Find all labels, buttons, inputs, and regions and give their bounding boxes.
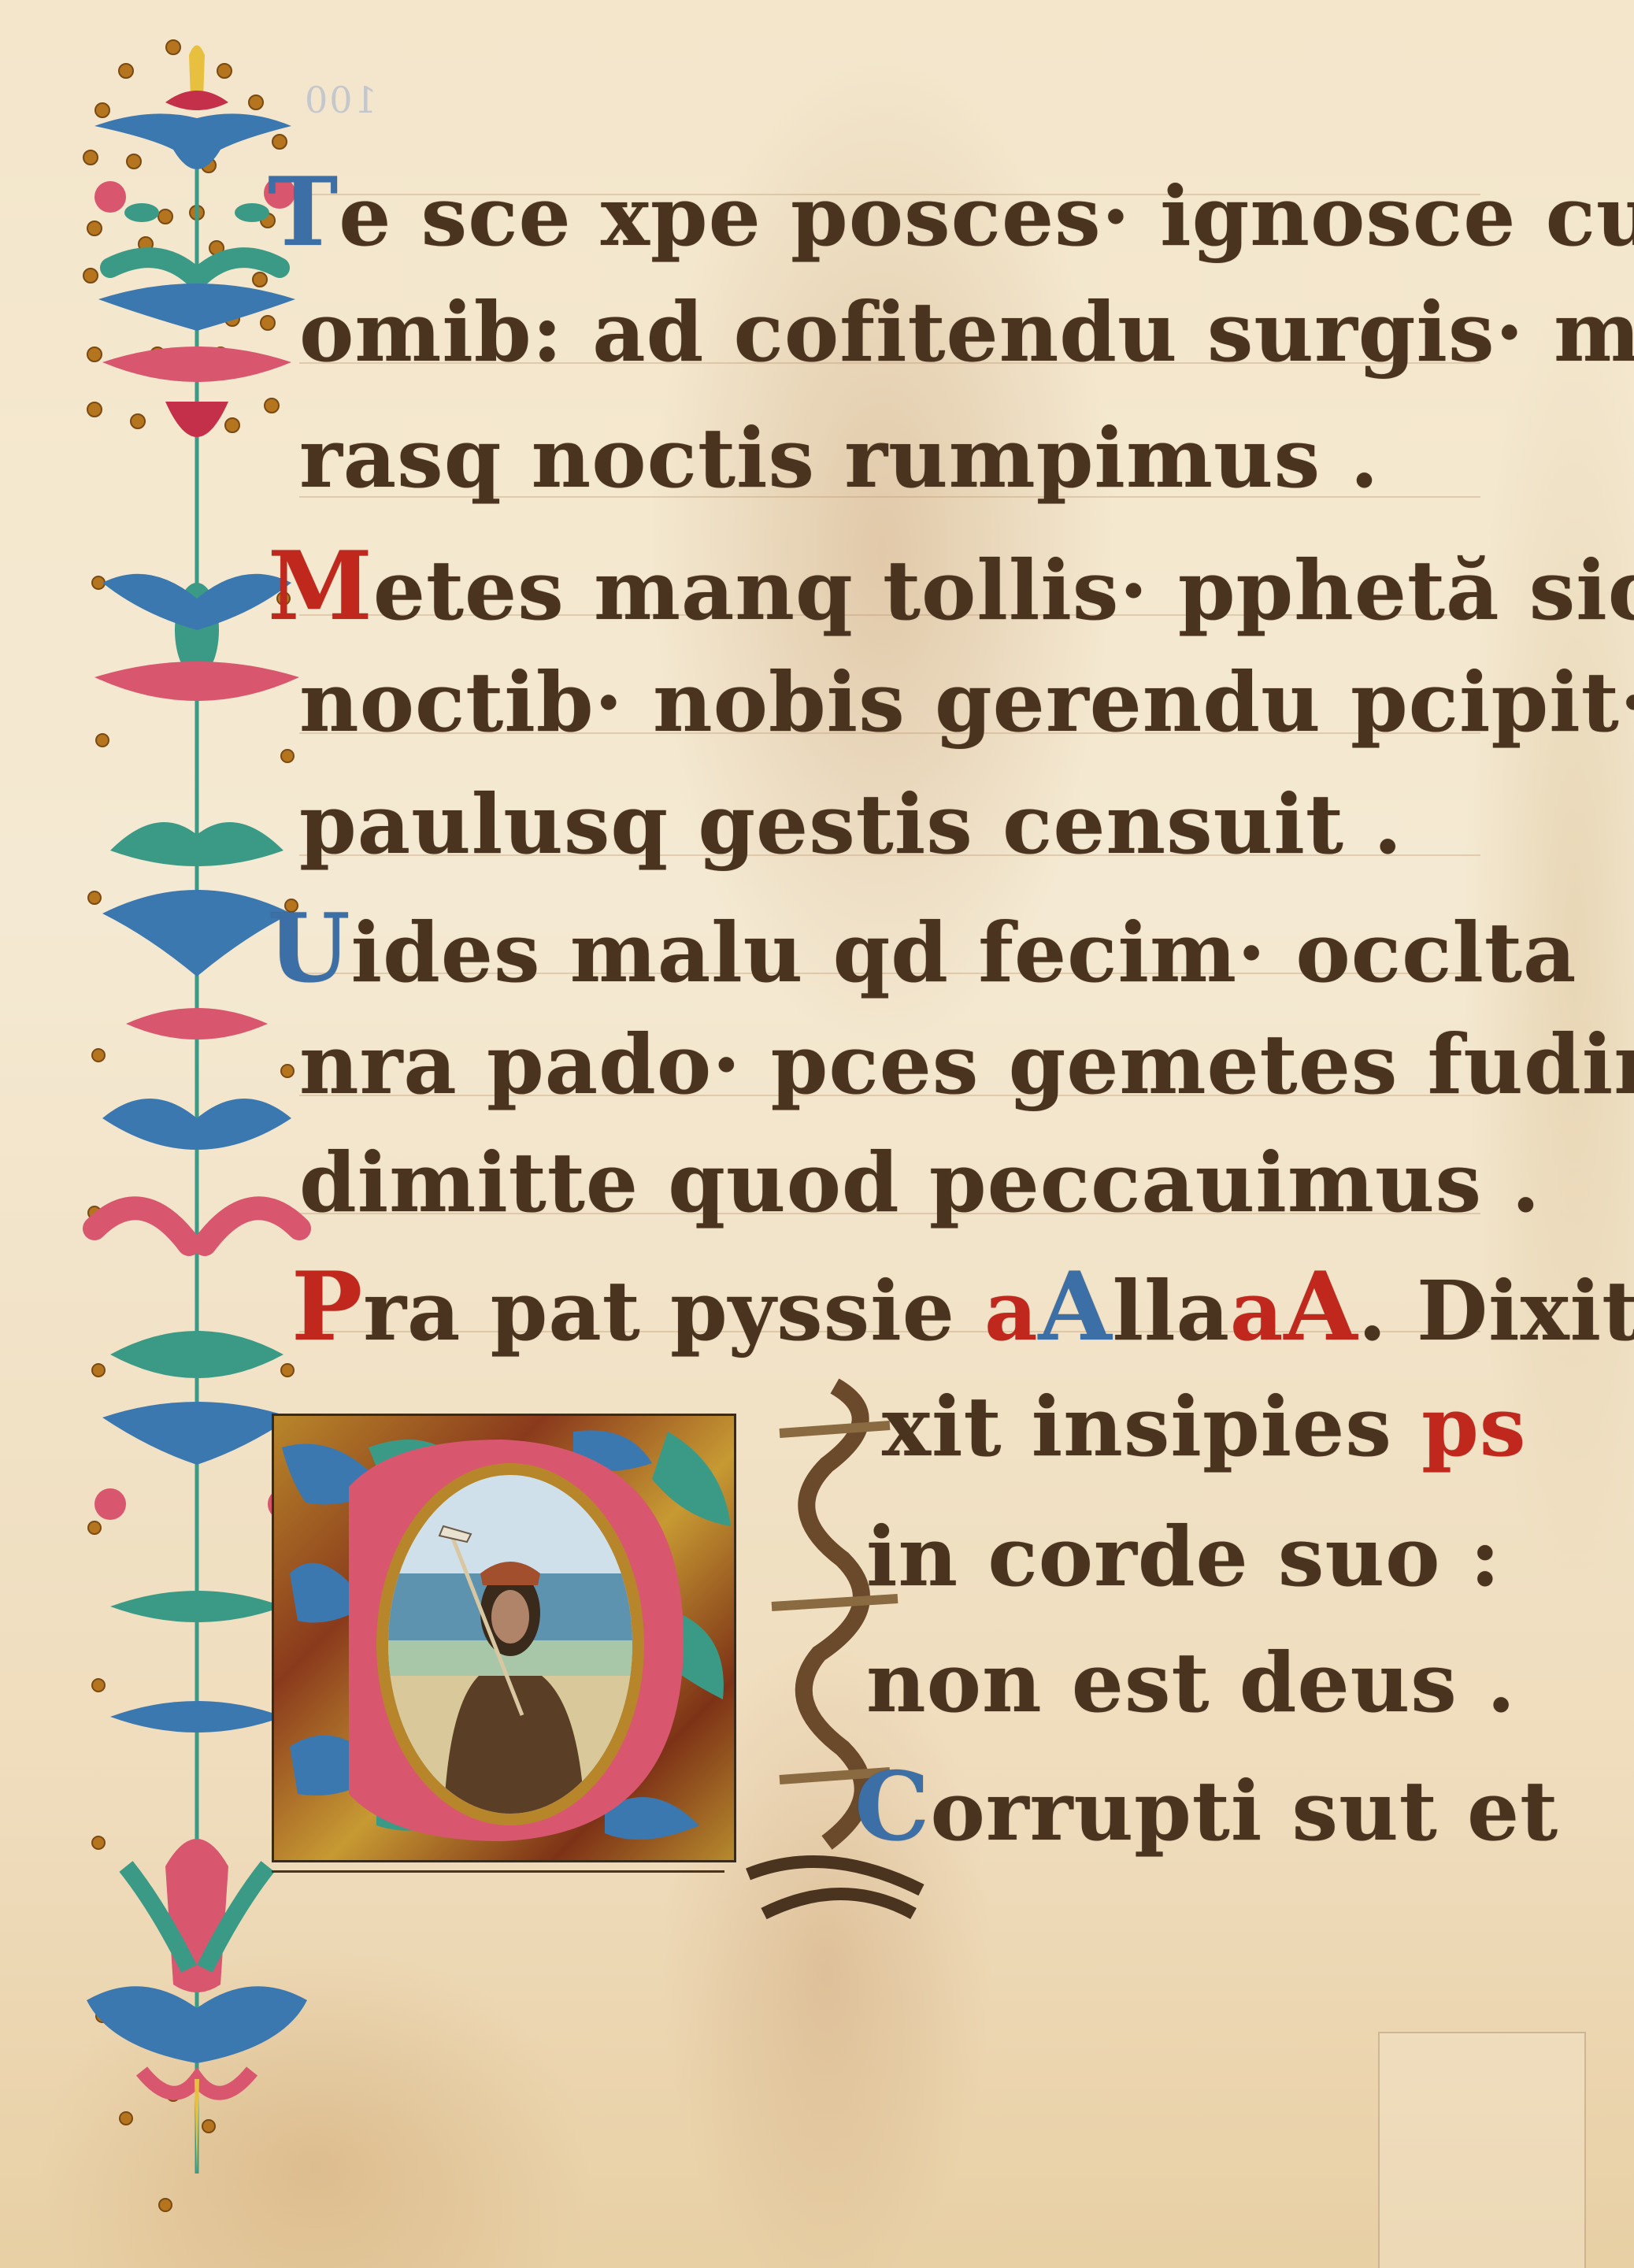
- blue-initial: U: [268, 893, 351, 1004]
- paper-mount-mark: [1378, 2032, 1586, 2268]
- text-line-4: Metes manq tollis· pphetă sic: [268, 539, 1634, 634]
- floral-border-decoration: [79, 31, 315, 2221]
- john-the-baptist-miniature-icon: [274, 1416, 736, 1862]
- text-line-3: rasq noctis rumpimus .: [299, 417, 1380, 499]
- text-line-6: paulusq gestis censuit .: [299, 784, 1402, 865]
- text-line-8: nra pado· pces gemetes fudim·: [299, 1024, 1634, 1106]
- red-initial: P: [291, 1251, 363, 1362]
- red-initial: M: [268, 531, 373, 642]
- blue-initial: T: [268, 157, 339, 268]
- text-line-7: Uides malu qd fecim· occlta: [268, 902, 1577, 996]
- text-line-10: Pra pat pyssie aAllaaA. Dixit dns: [291, 1260, 1634, 1354]
- historiated-initial-d: [272, 1414, 736, 1862]
- text-line-5: noctib· nobis gerendu pcipit·: [299, 661, 1634, 743]
- text-line-2: omib: ad cofitendu surgis· m: [299, 291, 1634, 373]
- blue-initial: C: [854, 1751, 931, 1862]
- verse-line-3: non est deus .: [866, 1642, 1516, 1724]
- verse-line-1: xit insipies ps: [882, 1386, 1526, 1468]
- text-line-9: dimitte quod peccauimus .: [299, 1142, 1541, 1224]
- initial-underline-rule: [272, 1870, 724, 1873]
- psalm-rubric: ps: [1421, 1378, 1526, 1475]
- text-line-1: Te sce xpe posces· ignosce culpis: [268, 165, 1634, 260]
- verse-line-4: Corrupti sut et: [854, 1760, 1558, 1855]
- verse-line-2: in corde suo :: [866, 1516, 1501, 1598]
